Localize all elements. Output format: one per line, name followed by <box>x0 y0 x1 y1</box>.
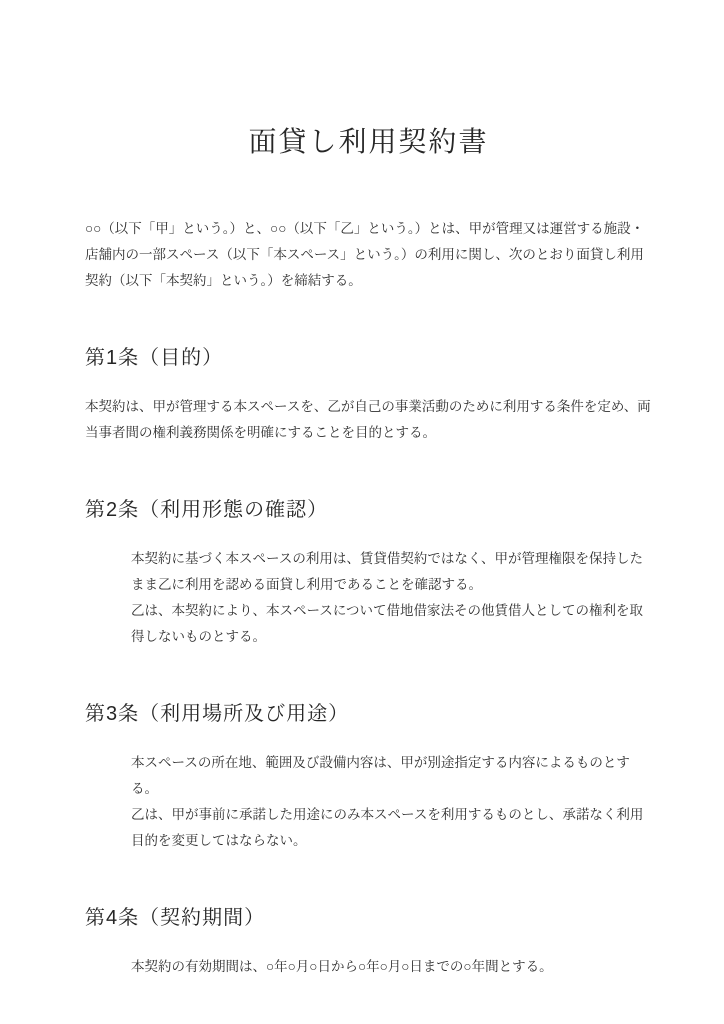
preamble-paragraph: ○○（以下「甲」という。）と、○○（以下「乙」という。）とは、甲が管理又は運営す… <box>85 216 652 294</box>
article-2-body: 本契約に基づく本スペースの利用は、賃貸借契約ではなく、甲が管理権限を保持したまま… <box>85 546 652 650</box>
article-3: 第3条（利用場所及び用途） 本スペースの所在地、範囲及び設備内容は、甲が別途指定… <box>85 700 652 854</box>
article-4: 第4条（契約期間） 本契約の有効期間は、○年○月○日から○年○月○日までの○年間… <box>85 904 652 980</box>
article-2: 第2条（利用形態の確認） 本契約に基づく本スペースの利用は、賃貸借契約ではなく、… <box>85 496 652 650</box>
article-1-body: 本契約は、甲が管理する本スペースを、乙が自己の事業活動のために利用する条件を定め… <box>85 394 652 446</box>
article-3-body: 本スペースの所在地、範囲及び設備内容は、甲が別途指定する内容によるものとする。 … <box>85 750 652 854</box>
article-1-heading: 第1条（目的） <box>85 344 652 372</box>
document-page: 面貸し利用契約書 ○○（以下「甲」という。）と、○○（以下「乙」という。）とは、… <box>0 0 724 1024</box>
article-4-heading: 第4条（契約期間） <box>85 904 652 932</box>
article-3-paragraph: 本スペースの所在地、範囲及び設備内容は、甲が別途指定する内容によるものとする。 <box>131 750 652 802</box>
article-2-heading: 第2条（利用形態の確認） <box>85 496 652 524</box>
document-title: 面貸し利用契約書 <box>85 122 652 162</box>
article-3-heading: 第3条（利用場所及び用途） <box>85 700 652 728</box>
article-1: 第1条（目的） 本契約は、甲が管理する本スペースを、乙が自己の事業活動のために利… <box>85 344 652 446</box>
article-1-paragraph: 本契約は、甲が管理する本スペースを、乙が自己の事業活動のために利用する条件を定め… <box>85 394 652 446</box>
article-2-paragraph: 乙は、本契約により、本スペースについて借地借家法その他賃借人としての権利を取得し… <box>131 598 652 650</box>
article-2-paragraph: 本契約に基づく本スペースの利用は、賃貸借契約ではなく、甲が管理権限を保持したまま… <box>131 546 652 598</box>
article-4-body: 本契約の有効期間は、○年○月○日から○年○月○日までの○年間とする。 <box>85 954 652 980</box>
article-4-paragraph: 本契約の有効期間は、○年○月○日から○年○月○日までの○年間とする。 <box>131 954 652 980</box>
article-3-paragraph: 乙は、甲が事前に承諾した用途にのみ本スペースを利用するものとし、承諾なく利用目的… <box>131 802 652 854</box>
